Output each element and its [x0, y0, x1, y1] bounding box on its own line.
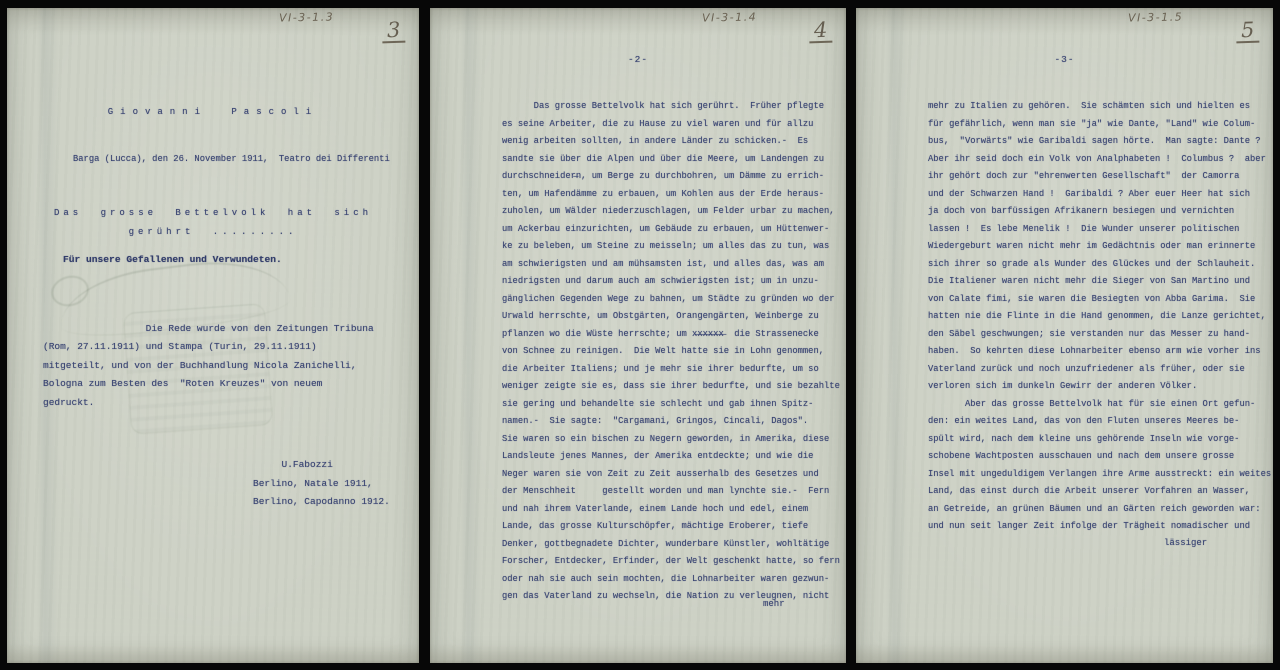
text-line: und nah ihrem Vaterlande, einem Lande ho… — [502, 501, 832, 519]
text-line: ke zu beleben, um Steine zu meisseln; um… — [502, 238, 832, 256]
text-line: Wiedergeburt waren nicht mehr im Gedächt… — [928, 238, 1258, 256]
text-line: am schwierigsten und am mühsamsten ist, … — [502, 256, 832, 274]
text-line: Neger waren sie von Zeit zu Zeit ausserh… — [502, 466, 832, 484]
text-line: (Rom, 27.11.1911) und Stampa (Turin, 29.… — [43, 338, 374, 356]
dedication: Für unsere Gefallenen und Verwundeten. — [63, 254, 282, 265]
text-line: Denker, gottbegnadete Dichter, wunderbar… — [502, 536, 832, 554]
text-line: spült wird, nach dem kleine uns gehörend… — [928, 431, 1258, 449]
text-line: oder nah sie auch sein mochten, die Lohn… — [502, 571, 832, 589]
text-line: schobene Wachtposten ausschauen und nach… — [928, 448, 1258, 466]
text-line: ihr gehört doch zur "ehrenwerten Gesells… — [928, 168, 1258, 186]
text-line: Land, das einst durch die Arbeit unserer… — [928, 483, 1258, 501]
text-line: weniger zeigte sie es, dass sie ihrer be… — [502, 378, 832, 396]
text-line: mitgeteilt, und von der Buchhandlung Nic… — [43, 357, 374, 375]
archival-reference: VI-3-1.4 — [702, 11, 757, 25]
text-line: an Getreide, an grünen Bäumen und an Gär… — [928, 501, 1258, 519]
dateline: Barga (Lucca), den 26. November 1911, Te… — [73, 154, 390, 164]
archival-reference: VI-3-1.3 — [279, 11, 334, 25]
text-line: bus, "Vorwärts" wie Garibaldi sagen hört… — [928, 133, 1258, 151]
text-line: ten, um Hafendämme zu erbauen, um Kohlen… — [502, 186, 832, 204]
text-line: gedruckt. — [43, 394, 374, 412]
text-line: der Menschheit gestellt worden und man l… — [502, 483, 832, 501]
signature-block: U.FabozziBerlino, Natale 1911,Berlino, C… — [253, 456, 390, 512]
text-line: und der Schwarzen Hand ! Garibaldi ? Abe… — [928, 186, 1258, 204]
text-line: den: ein weites Land, das von den Fluten… — [928, 413, 1258, 431]
text-line: es seine Arbeiter, die zu Hause zu viel … — [502, 116, 832, 134]
text-line: sich ihrer so grade als Wunder des Glück… — [928, 256, 1258, 274]
catchword: lässiger — [1164, 538, 1207, 548]
blind-stamp-curl — [48, 272, 92, 311]
text-line: Die Italiener waren nicht mehr die Siege… — [928, 273, 1258, 291]
text-line: Insel mit ungeduldigem Verlangen ihre Ar… — [928, 466, 1258, 484]
text-line: ja doch von barfüssigen Afrikanern besie… — [928, 203, 1258, 221]
text-line: Aber das grosse Bettelvolk hat für sie e… — [928, 396, 1258, 414]
text-line: Sie waren so ein bischen zu Negern gewor… — [502, 431, 832, 449]
archival-reference: VI-3-1.5 — [1128, 11, 1183, 25]
typescript-page-2: VI-3-1.4 4 -2- Das grosse Bettelvolk hat… — [430, 8, 846, 663]
text-line: sie gering und behandelte sie schlecht u… — [502, 396, 832, 414]
text-line: Forscher, Entdecker, Erfinder, der Welt … — [502, 553, 832, 571]
text-line: Vaterland zurück und noch unzufriedener … — [928, 361, 1258, 379]
title-line-2: gerührt ......... — [7, 223, 419, 242]
title-line-1: Das grosse Bettelvolk hat sich — [7, 204, 419, 223]
text-line: von Schnee zu reinigen. Die Welt hatte s… — [502, 343, 832, 361]
text-line: lassen ! Es lebe Menelik ! Die Wunder un… — [928, 221, 1258, 239]
text-line: Landsleute jenes Mannes, der Amerika ent… — [502, 448, 832, 466]
text-line: wenig arbeiten sollten, in andere Länder… — [502, 133, 832, 151]
typed-body-text: Das grosse Bettelvolk hat sich gerührt. … — [502, 98, 832, 606]
text-line: Lande, das grosse Kulturschöpfer, mächti… — [502, 518, 832, 536]
text-line: gänglichen Gegenden Wege zu bahnen, um S… — [502, 291, 832, 309]
text-line: die Arbeiter Italiens; und je mehr sie i… — [502, 361, 832, 379]
text-line: niedrigsten und darum auch am schwierigs… — [502, 273, 832, 291]
text-line: namen.- Sie sagte: "Cargamani, Gringos, … — [502, 413, 832, 431]
text-line: von Calate fimi, sie waren die Besiegten… — [928, 291, 1258, 309]
typescript-page-3: VI-3-1.5 5 -3- mehr zu Italien zu gehöre… — [856, 8, 1273, 663]
text-line: für gefährlich, wenn man sie "ja" wie Da… — [928, 116, 1258, 134]
text-line: mehr zu Italien zu gehören. Sie schämten… — [928, 98, 1258, 116]
text-line: um Ackerbau einzurichten, um Gebäude zu … — [502, 221, 832, 239]
text-line: verloren sich im dunkeln Gewirr der ande… — [928, 378, 1258, 396]
text-line: hatten nie die Flinte in die Hand genomm… — [928, 308, 1258, 326]
handwritten-folio-number: 3 — [381, 19, 405, 44]
text-line: Das grosse Bettelvolk hat sich gerührt. … — [502, 98, 832, 116]
author-name: Giovanni Pascoli — [7, 107, 419, 117]
text-line: Urwald herrschte, um Obstgärten, Orangen… — [502, 308, 832, 326]
text-line: Berlino, Capodanno 1912. — [253, 493, 390, 512]
text-line: zuholen, um Wälder niederzuschlagen, um … — [502, 203, 832, 221]
typed-body-text: mehr zu Italien zu gehören. Sie schämten… — [928, 98, 1258, 536]
text-line: Bologna zum Besten des "Roten Kreuzes" v… — [43, 375, 374, 393]
typescript-page-1: VI-3-1.3 3 Giovanni Pascoli Barga (Lucca… — [7, 8, 419, 663]
catchword: mehr — [763, 599, 785, 609]
typed-page-number: -2- — [430, 54, 846, 65]
text-line: und nun seit langer Zeit infolge der Trä… — [928, 518, 1258, 536]
text-line: haben. So kehrten diese Lohnarbeiter ebe… — [928, 343, 1258, 361]
speech-title: Das grosse Bettelvolk hat sich gerührt .… — [7, 204, 419, 241]
text-line: sandte sie über die Alpen und über die M… — [502, 151, 832, 169]
text-line: durchschneider̶n, um Berge zu durchbohre… — [502, 168, 832, 186]
text-line: Berlino, Natale 1911, — [253, 475, 390, 494]
typed-page-number: -3- — [856, 54, 1273, 65]
text-line: pflanzen wo die Wüste herrschte; um x̶x̶… — [502, 326, 832, 344]
text-line: U.Fabozzi — [253, 456, 390, 475]
handwritten-folio-number: 4 — [808, 19, 832, 44]
text-line: Aber ihr seid doch ein Volk von Analphab… — [928, 151, 1258, 169]
text-line: Die Rede wurde von den Zeitungen Tribuna — [43, 320, 374, 338]
handwritten-folio-number: 5 — [1235, 19, 1259, 44]
publication-note: Die Rede wurde von den Zeitungen Tribuna… — [43, 320, 374, 412]
text-line: den Säbel geschwungen; sie verstanden nu… — [928, 326, 1258, 344]
